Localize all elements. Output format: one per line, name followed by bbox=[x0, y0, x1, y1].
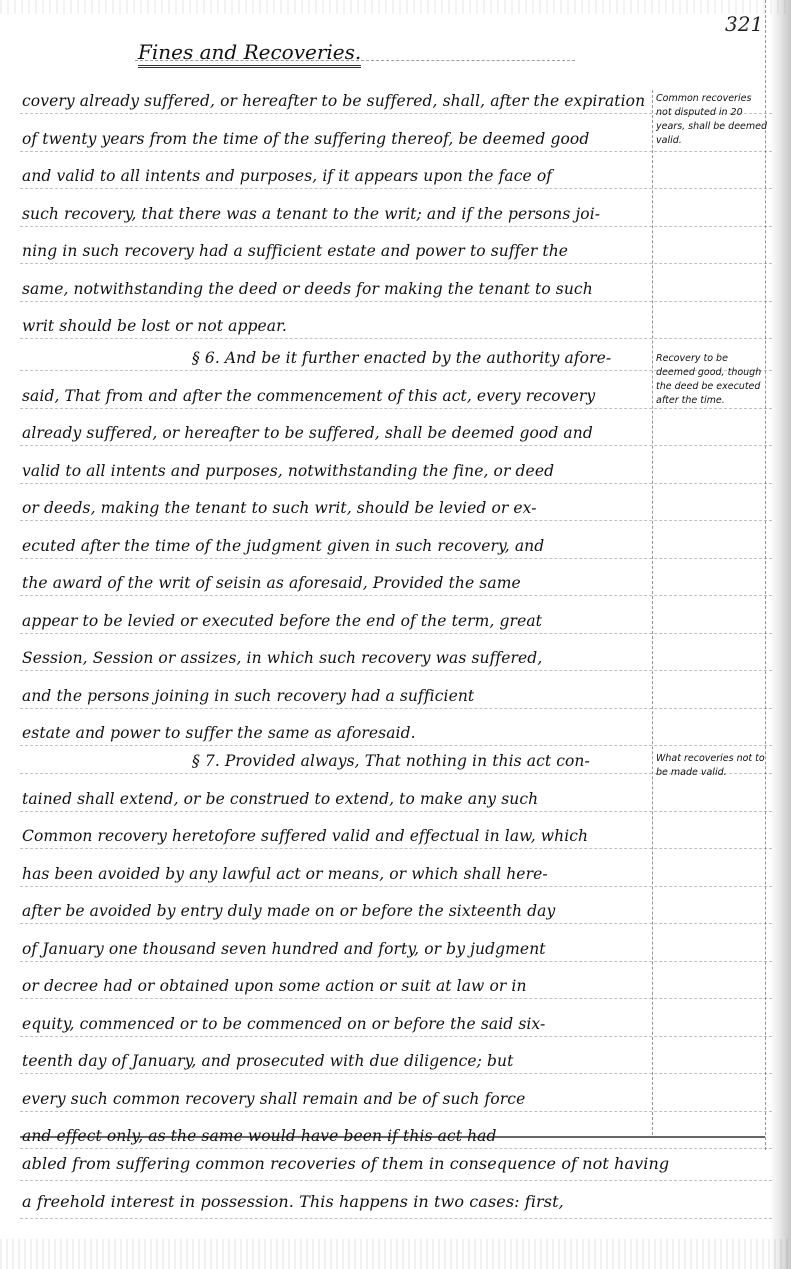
text-line: covery already suffered, or hereafter to… bbox=[22, 83, 650, 121]
text-line: said, That from and after the commenceme… bbox=[22, 378, 650, 416]
text-line: § 6. And be it further enacted by the au… bbox=[22, 340, 650, 378]
text-line: of January one thousand seven hundred an… bbox=[22, 931, 650, 969]
text-line: valid to all intents and purposes, notwi… bbox=[22, 453, 650, 491]
text-line: or deeds, making the tenant to such writ… bbox=[22, 490, 650, 528]
margin-rule bbox=[652, 90, 653, 1135]
text-line: of twenty years from the time of the suf… bbox=[22, 121, 650, 159]
text-line: Common recovery heretofore suffered vali… bbox=[22, 818, 650, 856]
footnote-line: a freehold interest in possession. This … bbox=[22, 1183, 767, 1221]
text-line: ecuted after the time of the judgment gi… bbox=[22, 528, 650, 566]
text-line: and valid to all intents and purposes, i… bbox=[22, 158, 650, 196]
scan-noise-bottom bbox=[0, 1239, 791, 1269]
running-title: Fines and Recoveries. bbox=[138, 40, 361, 68]
text-line: tained shall extend, or be construed to … bbox=[22, 781, 650, 819]
paragraph-1: covery already suffered, or hereafter to… bbox=[22, 83, 650, 346]
margin-note-what-recoveries: What recoveries not to be made valid. bbox=[656, 752, 768, 780]
text-line: after be avoided by entry duly made on o… bbox=[22, 893, 650, 931]
paragraph-section-6: § 6. And be it further enacted by the au… bbox=[22, 340, 650, 753]
scan-noise-top bbox=[0, 0, 791, 14]
text-line: or decree had or obtained upon some acti… bbox=[22, 968, 650, 1006]
outer-rule bbox=[765, 0, 766, 1150]
text-line: such recovery, that there was a tenant t… bbox=[22, 196, 650, 234]
page-number: 321 bbox=[725, 12, 763, 36]
margin-note-common-recoveries: Common recoveries not disputed in 20 yea… bbox=[656, 92, 768, 148]
text-line: and the persons joining in such recovery… bbox=[22, 678, 650, 716]
text-line: equity, commenced or to be commenced on … bbox=[22, 1006, 650, 1044]
text-line: already suffered, or hereafter to be suf… bbox=[22, 415, 650, 453]
text-line: § 7. Provided always, That nothing in th… bbox=[22, 743, 650, 781]
text-line: every such common recovery shall remain … bbox=[22, 1081, 650, 1119]
text-line: teenth day of January, and prosecuted wi… bbox=[22, 1043, 650, 1081]
margin-note-recovery-deemed-good: Recovery to be deemed good, though the d… bbox=[656, 352, 768, 408]
text-line: has been avoided by any lawful act or me… bbox=[22, 856, 650, 894]
footnote-line: abled from suffering common recoveries o… bbox=[22, 1145, 767, 1183]
text-line: appear to be levied or executed before t… bbox=[22, 603, 650, 641]
text-line: ning in such recovery had a sufficient e… bbox=[22, 233, 650, 271]
text-line: the award of the writ of seisin as afore… bbox=[22, 565, 650, 603]
paragraph-section-7: § 7. Provided always, That nothing in th… bbox=[22, 743, 650, 1156]
footnote: abled from suffering common recoveries o… bbox=[22, 1145, 767, 1221]
text-line: Session, Session or assizes, in which su… bbox=[22, 640, 650, 678]
manuscript-page: 321 Fines and Recoveries. covery already… bbox=[0, 0, 791, 1269]
text-line: same, notwithstanding the deed or deeds … bbox=[22, 271, 650, 309]
